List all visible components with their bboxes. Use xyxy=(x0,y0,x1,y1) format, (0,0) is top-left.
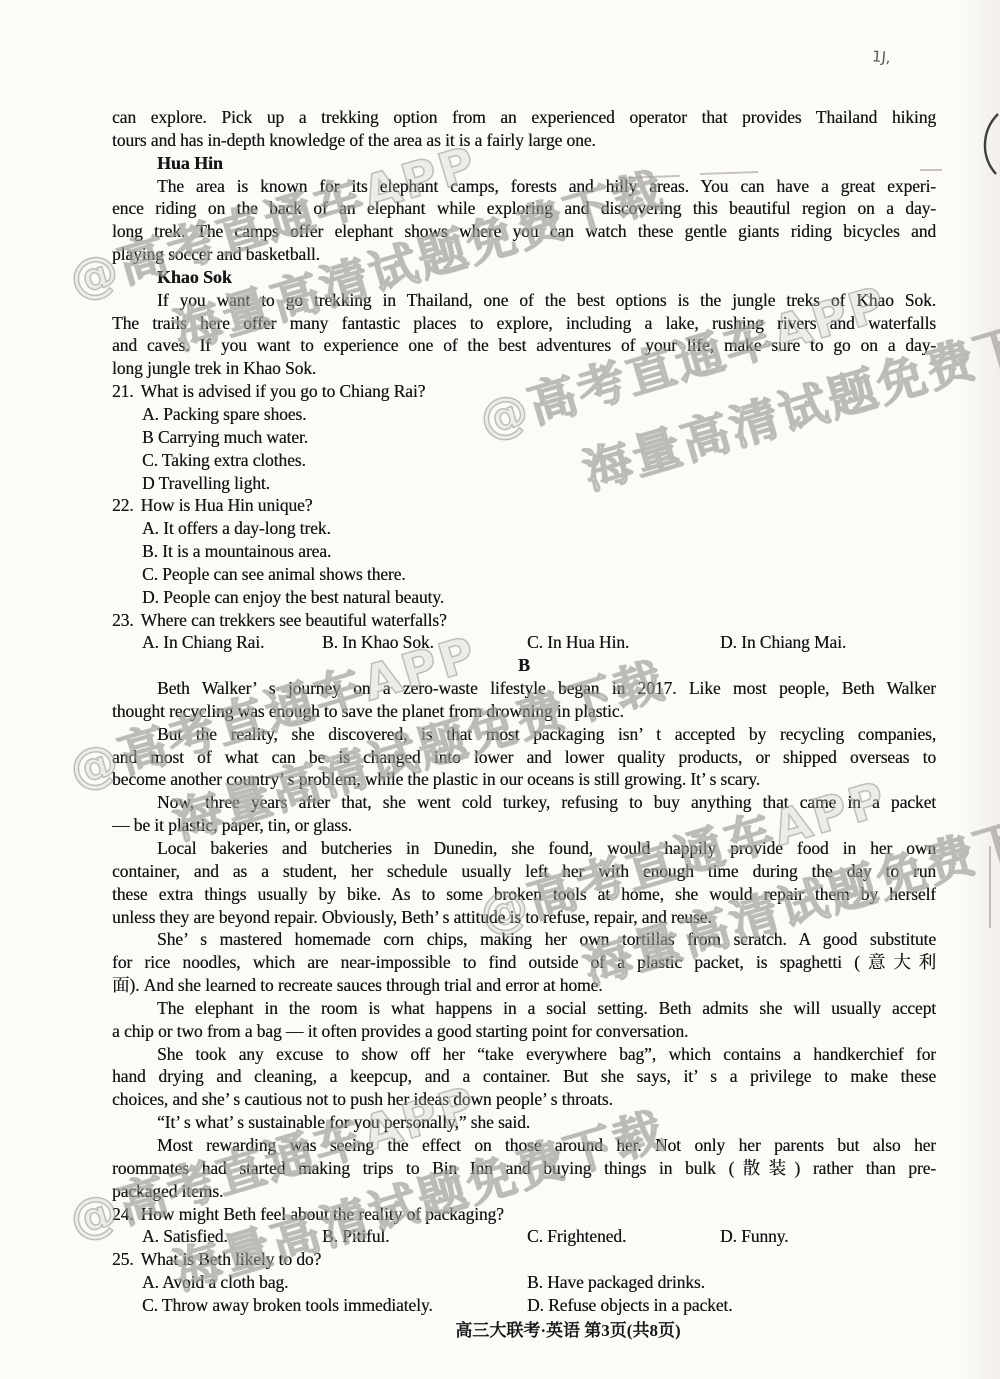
passage-line: for rice noodles, which are near-impossi… xyxy=(112,951,936,974)
paragraph: The elephant in the room is what happens… xyxy=(112,997,936,1043)
passage-line: packaged items. xyxy=(112,1180,936,1203)
question-23: 23.Where can trekkers see beautiful wate… xyxy=(112,609,936,655)
option: A. Satisfied. xyxy=(142,1225,322,1248)
option: A. In Chiang Rai. xyxy=(142,631,322,654)
option: B. It is a mountainous area. xyxy=(112,540,936,563)
passage-line: The area is known for its elephant camps… xyxy=(112,175,936,198)
question-22: 22.How is Hua Hin unique?A. It offers a … xyxy=(112,494,936,608)
paragraph: Beth Walker’ s journey on a zero-waste l… xyxy=(112,677,936,723)
section-heading: Hua Hin xyxy=(112,152,936,175)
corner-mark: 1J, xyxy=(871,47,891,67)
question-number: 25. xyxy=(112,1248,134,1271)
option: C. Taking extra clothes. xyxy=(112,449,936,472)
passage-line: The trails here offer many fantastic pla… xyxy=(112,312,936,335)
passage-line: Beth Walker’ s journey on a zero-waste l… xyxy=(112,677,936,700)
passage-line: hand drying and cleaning, a keepcup, and… xyxy=(112,1065,936,1088)
passage-line: playing soccer and basketball. xyxy=(112,243,936,266)
passage-line: a chip or two from a bag — it often prov… xyxy=(112,1020,936,1043)
question-stem: Where can trekkers see beautiful waterfa… xyxy=(141,610,447,630)
paragraph: Now, three years after that, she went co… xyxy=(112,791,936,837)
passage-line: “It’ s what’ s sustainable for you perso… xyxy=(112,1111,936,1134)
option: B. Have packaged drinks. xyxy=(527,1271,936,1294)
question-stem-line: 22.How is Hua Hin unique? xyxy=(112,494,936,517)
option: A. It offers a day-long trek. xyxy=(112,517,936,540)
passage-line: and most of what can be is changed into … xyxy=(112,746,936,769)
option: B. In Khao Sok. xyxy=(322,631,527,654)
exam-page: 1J, can explore. Pick up a trekking opti… xyxy=(0,0,1000,1379)
passage-line: and caves. If you want to experience one… xyxy=(112,334,936,357)
paragraph: She took any excuse to show off her “tak… xyxy=(112,1043,936,1112)
question-25: 25.What is Beth likely to do?A. Avoid a … xyxy=(112,1248,936,1317)
paragraph: But the reality, she discovered, is that… xyxy=(112,723,936,792)
passage-label: B xyxy=(112,654,936,677)
question-number: 21. xyxy=(112,380,134,403)
option: D. Funny. xyxy=(720,1225,936,1248)
question-stem-line: 25.What is Beth likely to do? xyxy=(112,1248,936,1271)
question-stem: How might Beth feel about the reality of… xyxy=(141,1204,504,1224)
question-number: 22. xyxy=(112,494,134,517)
passage-line: unless they are beyond repair. Obviously… xyxy=(112,906,936,929)
option: C. People can see animal shows there. xyxy=(112,563,936,586)
passage-line: 面). And she learned to recreate sauces t… xyxy=(112,974,936,997)
option: D. In Chiang Mai. xyxy=(720,631,936,654)
paragraph: She’ s mastered homemade corn chips, mak… xyxy=(112,928,936,997)
passage-line: tours and has in-depth knowledge of the … xyxy=(112,129,936,152)
passage-line: She took any excuse to show off her “tak… xyxy=(112,1043,936,1066)
paragraph: Most rewarding was seeing the effect on … xyxy=(112,1134,936,1203)
passage-line: can explore. Pick up a trekking option f… xyxy=(112,106,936,129)
passage-line: long jungle trek in Khao Sok. xyxy=(112,357,936,380)
question-stem: What is advised if you go to Chiang Rai? xyxy=(141,381,426,401)
passage-line: She’ s mastered homemade corn chips, mak… xyxy=(112,928,936,951)
passage-line: Most rewarding was seeing the effect on … xyxy=(112,1134,936,1157)
question-number: 24. xyxy=(112,1203,134,1226)
passage-line: Local bakeries and butcheries in Dunedin… xyxy=(112,837,936,860)
paragraph: Local bakeries and butcheries in Dunedin… xyxy=(112,837,936,928)
passage-line: But the reality, she discovered, is that… xyxy=(112,723,936,746)
scan-artifact-line xyxy=(989,846,991,928)
question-stem: What is Beth likely to do? xyxy=(141,1249,322,1269)
passage-line: these extra things usually by bike. As t… xyxy=(112,883,936,906)
option: D. Refuse objects in a packet. xyxy=(527,1294,936,1317)
passage-line: roommates had started making trips to Bi… xyxy=(112,1157,936,1180)
passage-line: The elephant in the room is what happens… xyxy=(112,997,936,1020)
passage-line: container, and as a student, her schedul… xyxy=(112,860,936,883)
option: C. In Hua Hin. xyxy=(527,631,720,654)
option-row: C. Throw away broken tools immediately.D… xyxy=(112,1294,936,1317)
option: A. Avoid a cloth bag. xyxy=(142,1271,527,1294)
paragraph: The area is known for its elephant camps… xyxy=(112,175,936,266)
passage-line: If you want to go trekking in Thailand, … xyxy=(112,289,936,312)
passage-line: Now, three years after that, she went co… xyxy=(112,791,936,814)
paragraph: can explore. Pick up a trekking option f… xyxy=(112,106,936,152)
question-stem-line: 24.How might Beth feel about the reality… xyxy=(112,1203,936,1226)
question-21: 21.What is advised if you go to Chiang R… xyxy=(112,380,936,494)
question-stem-line: 23.Where can trekkers see beautiful wate… xyxy=(112,609,936,632)
question-number: 23. xyxy=(112,609,134,632)
paragraph: If you want to go trekking in Thailand, … xyxy=(112,289,936,380)
passage-line: ence riding on the back of an elephant w… xyxy=(112,197,936,220)
option-row: A. Avoid a cloth bag.B. Have packaged dr… xyxy=(112,1271,936,1294)
passage-line: long trek. The camps offer elephant show… xyxy=(112,220,936,243)
option: C. Throw away broken tools immediately. xyxy=(142,1294,527,1317)
passage-line: choices, and she’ s cautious not to push… xyxy=(112,1088,936,1111)
option-row: A. Satisfied.B. Pitiful.C. Frightened.D.… xyxy=(112,1225,936,1248)
content-flow: can explore. Pick up a trekking option f… xyxy=(112,106,936,1317)
question-24: 24.How might Beth feel about the reality… xyxy=(112,1203,936,1249)
option: D Travelling light. xyxy=(112,472,936,495)
section-heading: Khao Sok xyxy=(112,266,936,289)
scan-artifact-curve xyxy=(976,112,1000,181)
option-row: A. In Chiang Rai.B. In Khao Sok.C. In Hu… xyxy=(112,631,936,654)
option: B Carrying much water. xyxy=(112,426,936,449)
paragraph: “It’ s what’ s sustainable for you perso… xyxy=(112,1111,936,1134)
option: C. Frightened. xyxy=(527,1225,720,1248)
option: B. Pitiful. xyxy=(322,1225,527,1248)
passage-line: thought recycling was enough to save the… xyxy=(112,700,936,723)
question-stem: How is Hua Hin unique? xyxy=(141,495,313,515)
option: A. Packing spare shoes. xyxy=(112,403,936,426)
option: D. People can enjoy the best natural bea… xyxy=(112,586,936,609)
passage-line: become another country’ s problem, while… xyxy=(112,768,936,791)
passage-line: — be it plastic, paper, tin, or glass. xyxy=(112,814,936,837)
question-stem-line: 21.What is advised if you go to Chiang R… xyxy=(112,380,936,403)
page-footer: 高三大联考·英语 第3页(共8页) xyxy=(136,1316,1000,1341)
